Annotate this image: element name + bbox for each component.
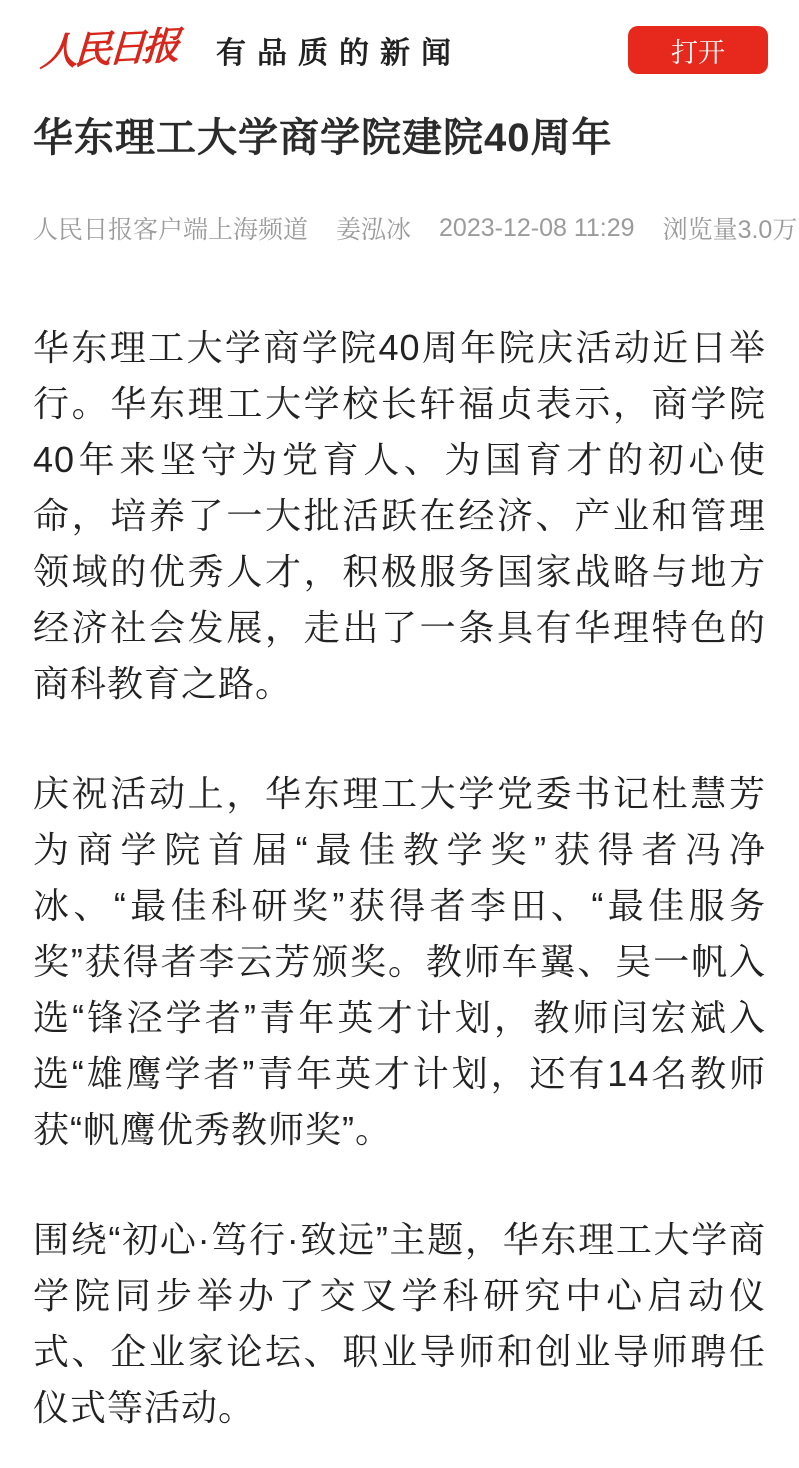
byline-datetime: 2023-12-08 11:29 <box>439 214 635 243</box>
peoples-daily-logo[interactable]: 人民日报 <box>39 27 177 72</box>
banner-tagline: 有品质的新闻 <box>216 28 462 72</box>
article-paragraph-1: 华东理工大学商学院40周年院庆活动近日举行。华东理工大学校长轩福贞表示，商学院4… <box>33 320 766 712</box>
article-paragraph-3: 围绕“初心·笃行·致远”主题，华东理工大学商学院同步举办了交叉学科研究中心启动仪… <box>33 1212 766 1436</box>
article-title: 华东理工大学商学院建院40周年 <box>33 114 766 162</box>
app-banner: 人民日报 有品质的新闻 打开 <box>0 0 799 74</box>
byline-views: 浏览量3.0万 <box>663 210 798 246</box>
article-page: 人民日报 有品质的新闻 打开 华东理工大学商学院建院40周年 人民日报客户端上海… <box>0 0 799 1468</box>
open-app-button[interactable]: 打开 <box>628 26 768 74</box>
article-paragraph-2: 庆祝活动上，华东理工大学党委书记杜慧芳为商学院首届“最佳教学奖”获得者冯净冰、“… <box>33 766 766 1158</box>
article-body: 华东理工大学商学院40周年院庆活动近日举行。华东理工大学校长轩福贞表示，商学院4… <box>33 320 766 1436</box>
byline-source: 人民日报客户端上海频道 <box>33 210 308 246</box>
byline-author: 姜泓冰 <box>336 210 411 246</box>
article-byline: 人民日报客户端上海频道 姜泓冰 2023-12-08 11:29 浏览量3.0万 <box>33 210 766 246</box>
